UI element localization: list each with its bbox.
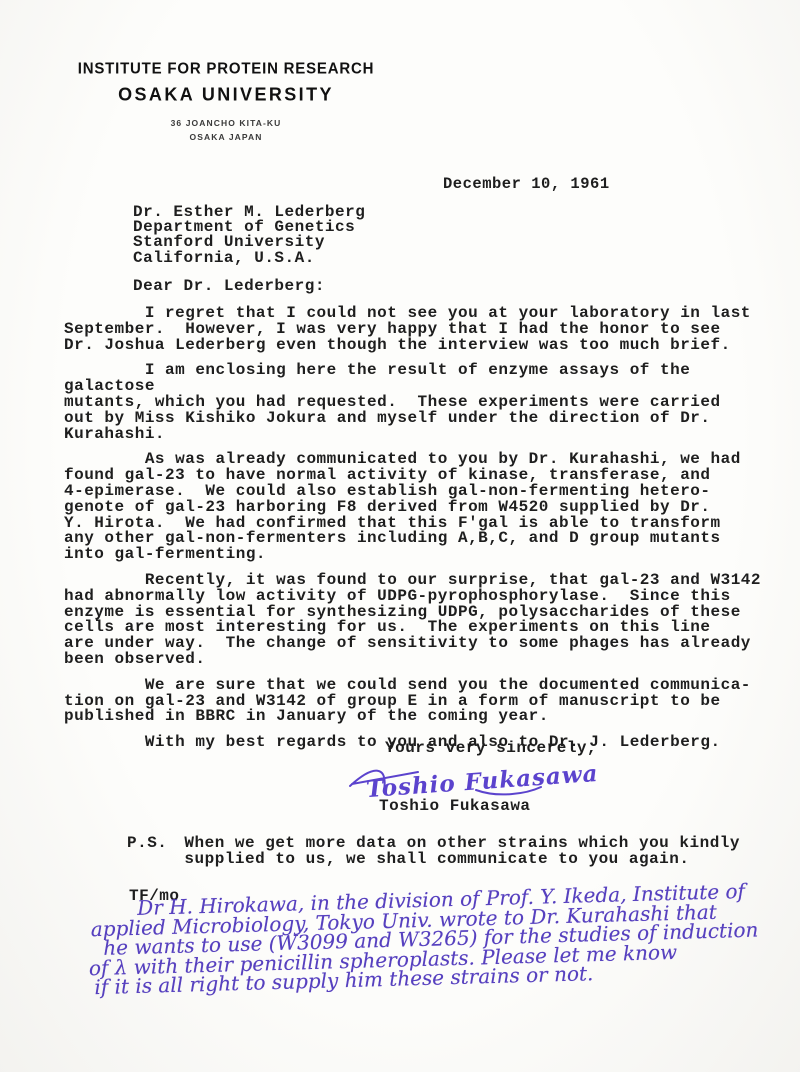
- letter-page: INSTITUTE FOR PROTEIN RESEARCH OSAKA UNI…: [0, 0, 800, 1072]
- paragraph-2: I am enclosing here the result of enzyme…: [64, 363, 779, 442]
- letterhead-city: OSAKA JAPAN: [73, 132, 379, 142]
- recipient-address: Dr. Esther M. Lederberg Department of Ge…: [133, 205, 365, 266]
- handwritten-note: Dr H. Hirokawa, in the division of Prof.…: [62, 881, 784, 999]
- postscript-text: When we get more data on other strains w…: [184, 836, 740, 868]
- postscript: P.S. When we get more data on other stra…: [127, 836, 740, 868]
- letter-date: December 10, 1961: [443, 177, 610, 193]
- letterhead-street-address: 36 JOANCHO KITA-KU: [73, 118, 379, 128]
- signature-typed-name: Toshio Fukasawa: [379, 799, 531, 815]
- postscript-label: P.S.: [127, 836, 167, 868]
- letterhead-institute-name: INSTITUTE FOR PROTEIN RESEARCH: [73, 59, 379, 77]
- letterhead-university-name: OSAKA UNIVERSITY: [73, 83, 379, 105]
- paragraph-4: Recently, it was found to our surprise, …: [64, 573, 779, 668]
- paragraph-1: I regret that I could not see you at you…: [64, 306, 779, 353]
- paragraph-3: As was already communicated to you by Dr…: [64, 452, 779, 563]
- closing-line: Yours very sincerely,: [385, 741, 597, 757]
- letterhead: INSTITUTE FOR PROTEIN RESEARCH OSAKA UNI…: [73, 60, 379, 142]
- salutation: Dear Dr. Lederberg:: [133, 279, 325, 295]
- letter-body: I regret that I could not see you at you…: [64, 306, 779, 761]
- paragraph-5: We are sure that we could send you the d…: [64, 678, 779, 725]
